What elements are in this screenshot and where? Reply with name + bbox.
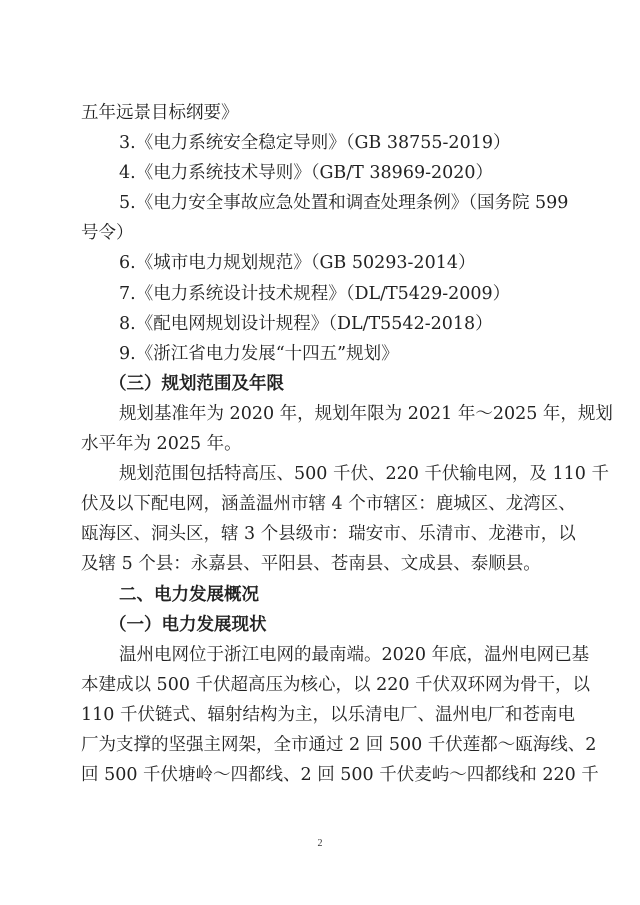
reference-item-8: 8.《配电网规划设计规程》（DL/T5542-2018） (81, 309, 561, 339)
paragraph-line: 伏及以下配电网，涵盖温州市辖 4 个市辖区：鹿城区、龙湾区、 (81, 489, 561, 519)
paragraph-line: 规划基准年为 2020 年，规划年限为 2021 年～2025 年，规划 (81, 399, 561, 429)
paragraph-line: 水平年为 2025 年。 (81, 429, 561, 459)
reference-item-7: 7.《电力系统设计技术规程》（DL/T5429-2009） (81, 279, 561, 309)
reference-item-5: 5.《电力安全事故应急处置和调查处理条例》（国务院 599 (81, 188, 561, 218)
text-line-continuation: 五年远景目标纲要》 (81, 98, 561, 128)
reference-item-9: 9.《浙江省电力发展“十四五”规划》 (81, 339, 561, 369)
document-page: 五年远景目标纲要》 3.《电力系统安全稳定导则》（GB 38755-2019） … (81, 98, 561, 790)
chapter-heading-overview: 二、电力发展概况 (81, 580, 561, 610)
paragraph-line: 厂为支撑的坚强主网架，全市通过 2 回 500 千伏莲都～瓯海线、2 (81, 730, 561, 760)
reference-item-3: 3.《电力系统安全稳定导则》（GB 38755-2019） (81, 128, 561, 158)
section-heading-scope: （三）规划范围及年限 (81, 369, 561, 399)
paragraph-line: 规划范围包括特高压、500 千伏、220 千伏输电网，及 110 千 (81, 459, 561, 489)
paragraph-line: 回 500 千伏塘岭～四都线、2 回 500 千伏麦屿～四都线和 220 千 (81, 760, 561, 790)
paragraph-line: 瓯海区、洞头区，辖 3 个县级市：瑞安市、乐清市、龙港市，以 (81, 519, 561, 549)
paragraph-line: 及辖 5 个县：永嘉县、平阳县、苍南县、文成县、泰顺县。 (81, 549, 561, 579)
page-number: 2 (0, 838, 640, 849)
reference-item-4: 4.《电力系统技术导则》（GB/T 38969-2020） (81, 158, 561, 188)
paragraph-line: 本建成以 500 千伏超高压为核心，以 220 千伏双环网为骨干，以 (81, 670, 561, 700)
paragraph-line: 温州电网位于浙江电网的最南端。2020 年底，温州电网已基 (81, 640, 561, 670)
text-line-continuation: 号令） (81, 218, 561, 248)
paragraph-line: 110 千伏链式、辐射结构为主，以乐清电厂、温州电厂和苍南电 (81, 700, 561, 730)
reference-item-6: 6.《城市电力规划规范》（GB 50293-2014） (81, 248, 561, 278)
section-heading-status: （一）电力发展现状 (81, 610, 561, 640)
